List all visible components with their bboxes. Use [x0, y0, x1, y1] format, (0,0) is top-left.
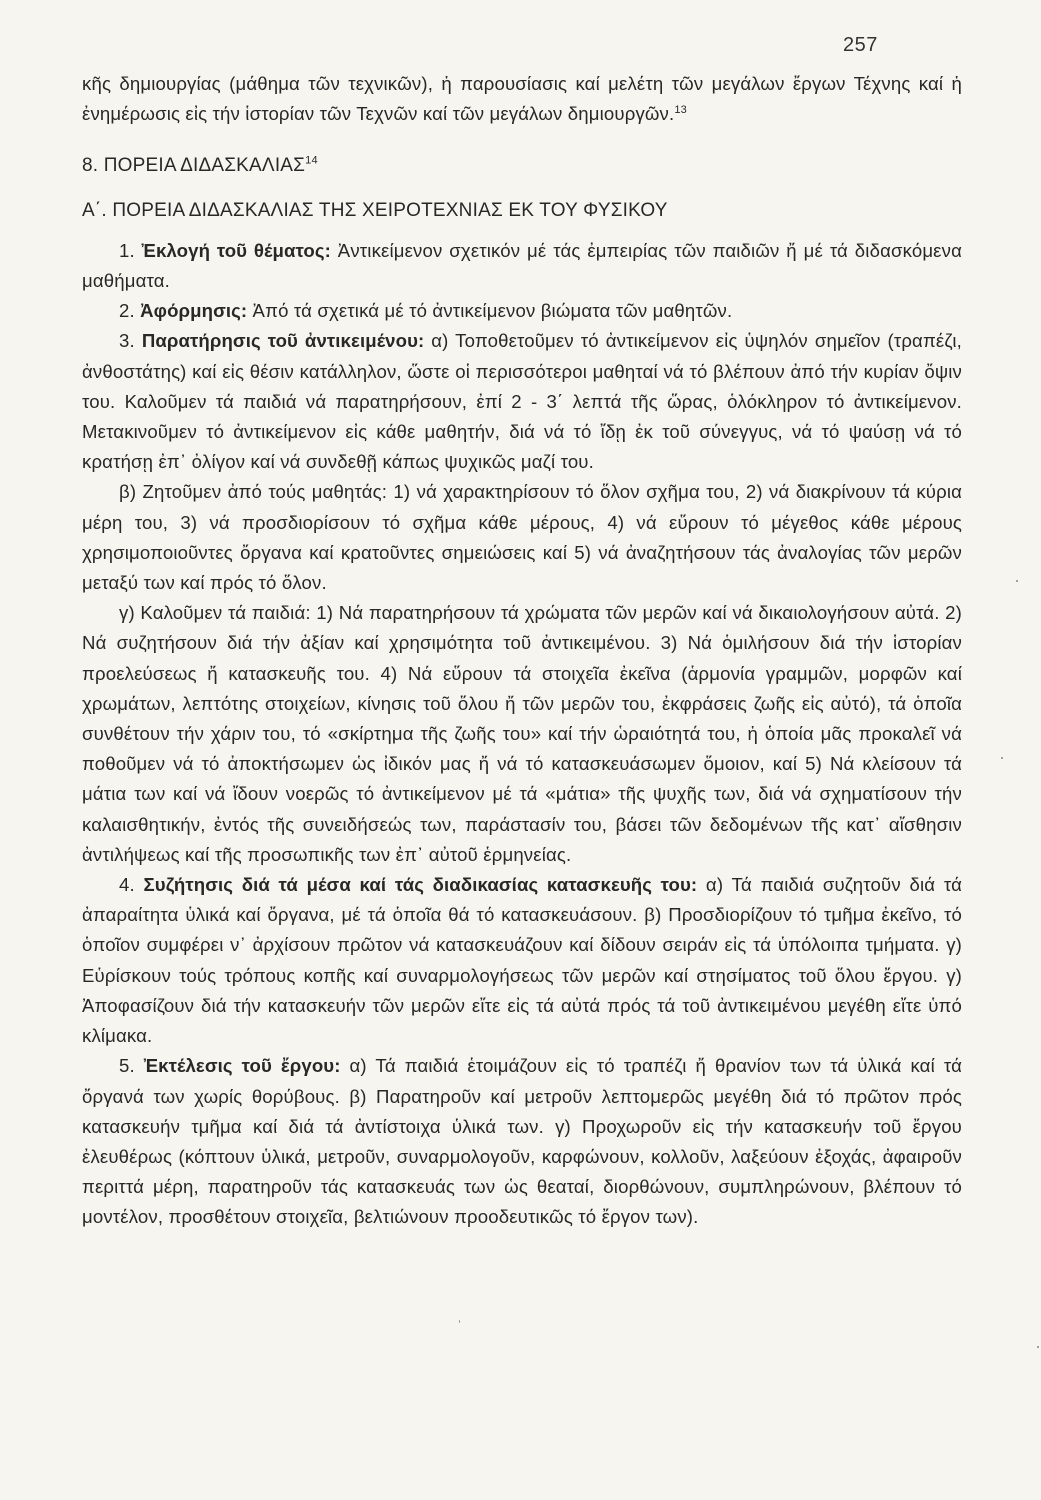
scan-speck: [1016, 580, 1018, 582]
scan-speck: [459, 1320, 460, 1323]
section-heading: 8. ΠΟΡΕΙΑ ΔΙΔΑΣΚΑΛΙΑΣ14: [82, 151, 962, 181]
step-number: 1.: [119, 240, 135, 261]
step-number: 4.: [119, 874, 135, 895]
step-3: 3. Παρατήρησις τοῦ ἀντικειμένου: α) Τοπο…: [82, 326, 962, 477]
footnote-ref-14[interactable]: 14: [305, 155, 318, 167]
step-4: 4. Συζήτησις διά τά μέσα καί τάς διαδικα…: [82, 870, 962, 1051]
section-title: 8. ΠΟΡΕΙΑ ΔΙΔΑΣΚΑΛΙΑΣ: [82, 155, 305, 176]
step-text: α) Τοποθετοῦμεν τό ἀντικείμενον εἰς ὑψηλ…: [82, 330, 962, 472]
step-label: Παρατήρησις τοῦ ἀντικειμένου:: [142, 330, 424, 351]
step-2: 2. Ἀφόρμησις: Ἀπό τά σχετικά μέ τό ἀντικ…: [82, 296, 962, 326]
step-3-sub-b: β) Ζητοῦμεν ἀπό τούς μαθητάς: 1) νά χαρα…: [82, 477, 962, 598]
step-number: 3.: [119, 330, 135, 351]
subsection-heading: Α΄. ΠΟΡΕΙΑ ΔΙΔΑΣΚΑΛΙΑΣ ΤΗΣ ΧΕΙΡΟΤΕΧΝΙΑΣ …: [82, 196, 962, 226]
step-number: 2.: [119, 300, 135, 321]
step-text: α) Τά παιδιά ἑτοιμάζουν εἰς τό τραπέζι ἤ…: [82, 1055, 962, 1227]
page-body: κῆς δημιουργίας (μάθημα τῶν τεχνικῶν), ἡ…: [82, 69, 962, 1233]
step-1: 1. Ἐκλογή τοῦ θέματος: Ἀντικείμενον σχετ…: [82, 236, 962, 296]
step-label: Ἐκλογή τοῦ θέματος:: [142, 240, 331, 261]
step-label: Ἀφόρμησις:: [140, 300, 247, 321]
step-label: Ἐκτέλεσις τοῦ ἔργου:: [144, 1055, 341, 1076]
scan-speck: [1001, 757, 1003, 759]
step-text: α) Τά παιδιά συζητοῦν διά τά ἀπαραίτητα …: [82, 874, 962, 1046]
footnote-ref-13[interactable]: 13: [674, 104, 687, 116]
scan-speck: [1037, 1346, 1039, 1348]
step-5: 5. Ἐκτέλεσις τοῦ ἔργου: α) Τά παιδιά ἑτο…: [82, 1051, 962, 1232]
page-number: 257: [843, 34, 878, 57]
step-text: Ἀπό τά σχετικά μέ τό ἀντικείμενον βιώματ…: [247, 300, 732, 321]
intro-text: κῆς δημιουργίας (μάθημα τῶν τεχνικῶν), ἡ…: [82, 73, 962, 124]
step-label: Συζήτησις διά τά μέσα καί τάς διαδικασία…: [144, 874, 698, 895]
step-3-sub-c: γ) Καλοῦμεν τά παιδιά: 1) Νά παρατηρήσου…: [82, 598, 962, 870]
intro-paragraph: κῆς δημιουργίας (μάθημα τῶν τεχνικῶν), ἡ…: [82, 69, 962, 129]
step-number: 5.: [119, 1055, 135, 1076]
